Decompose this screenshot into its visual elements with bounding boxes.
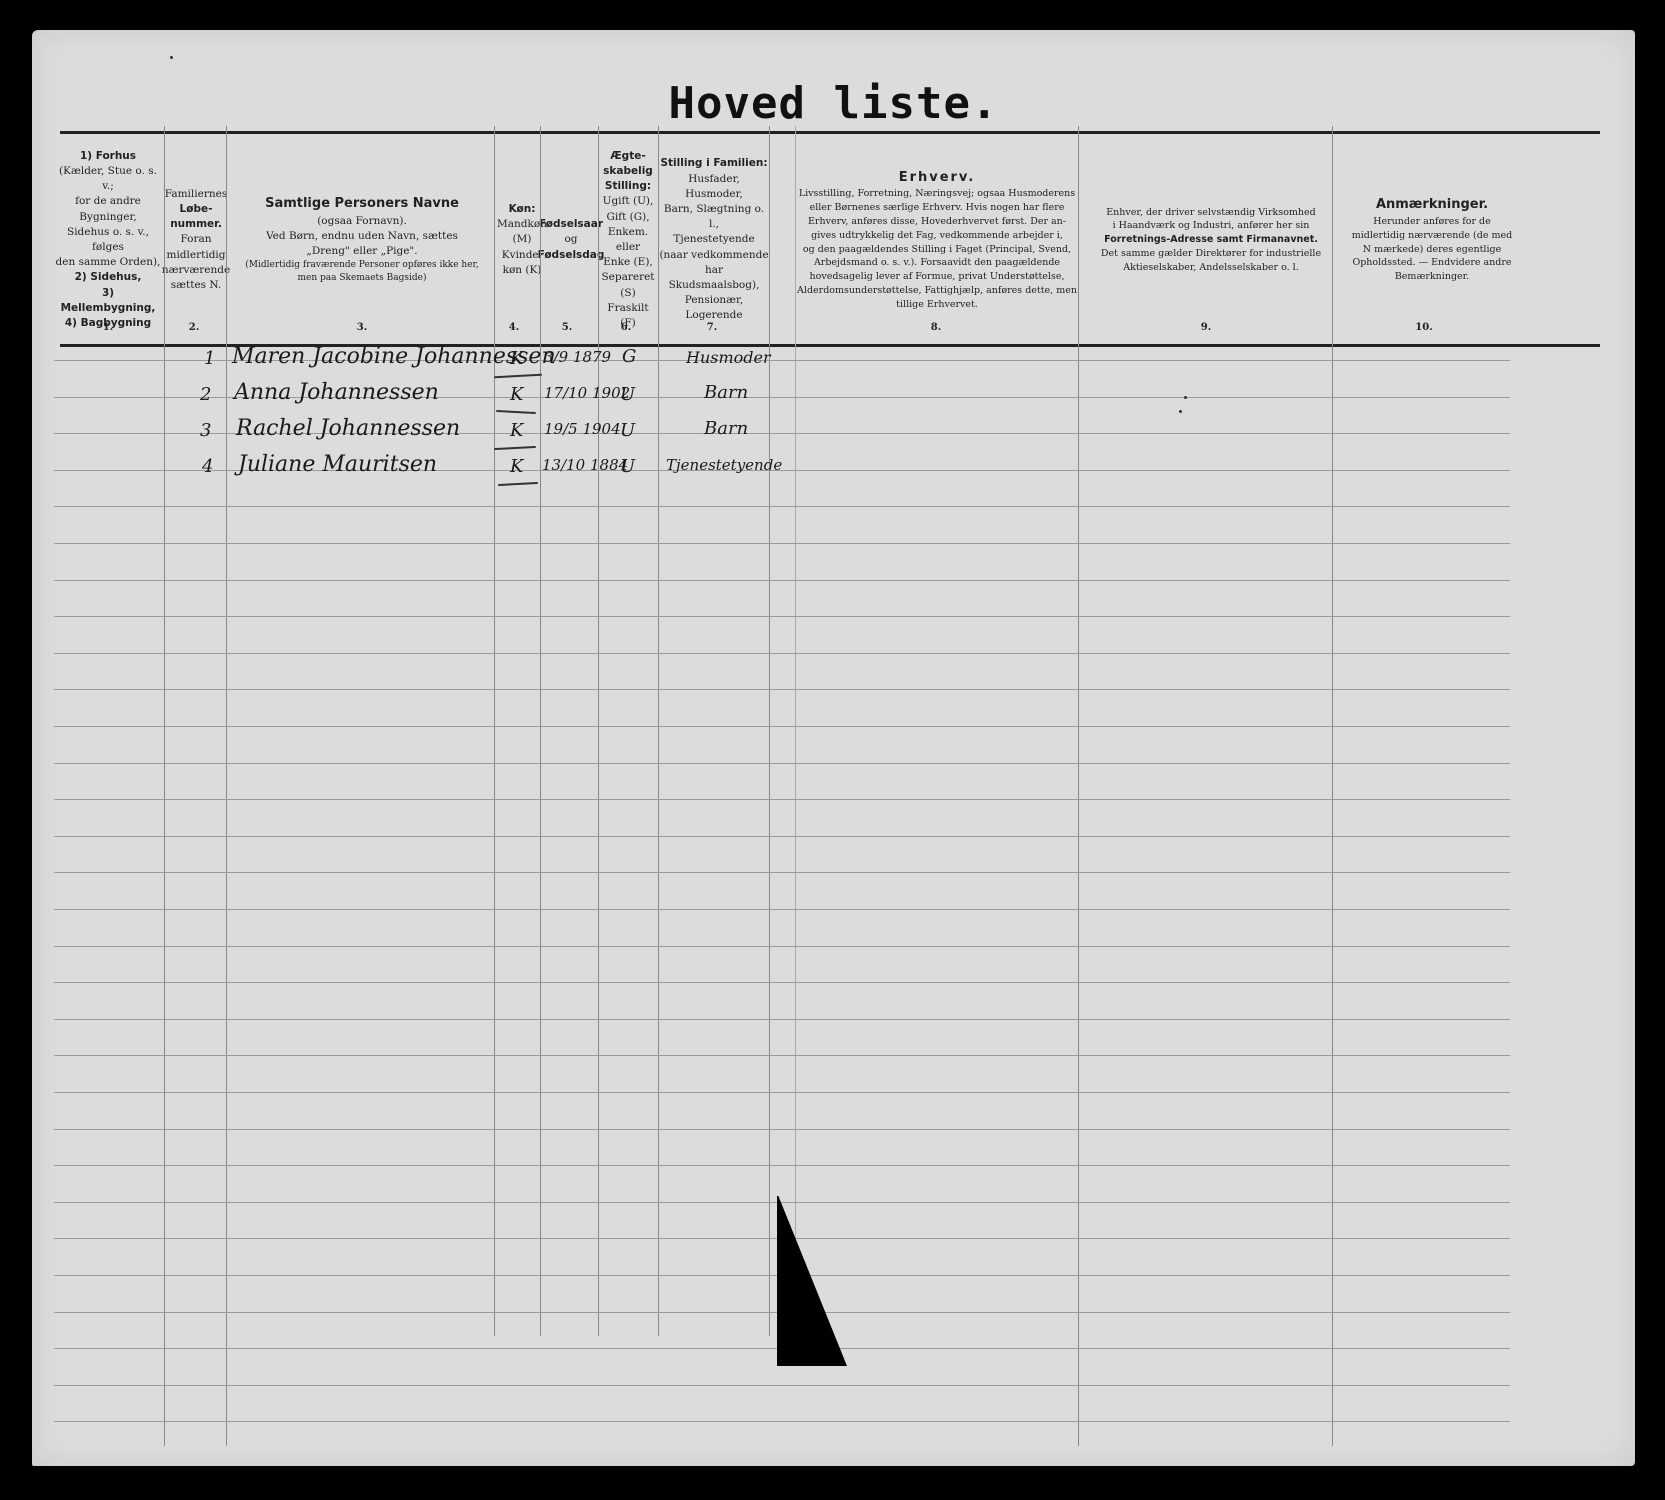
row-rule — [54, 543, 1510, 544]
person-name: Rachel Johannessen — [236, 416, 460, 441]
row-number: 2 — [200, 384, 211, 405]
title-rule — [60, 131, 1600, 134]
col-number: 5. — [562, 322, 572, 333]
col-number: 7. — [707, 322, 717, 333]
col-header-business-address: Enhver, der driver selvstændig Virksomhe… — [1080, 140, 1342, 340]
header-line: i Haandværk og Industri, anfører her sin — [1113, 219, 1310, 233]
row-rule — [54, 1165, 1510, 1166]
person-sex: K — [510, 384, 523, 405]
family-separator-stroke — [494, 446, 536, 450]
row-rule — [54, 1092, 1510, 1093]
column-divider — [1332, 126, 1333, 1446]
header-line: og — [564, 232, 577, 247]
person-birth: 13/10 1884 — [542, 456, 628, 474]
header-line: Ægte- — [610, 149, 645, 164]
header-line: Erhverv, anføres disse, Hovederhvervet f… — [808, 215, 1066, 229]
row-number: 3 — [200, 420, 211, 441]
column-divider — [540, 126, 541, 1336]
row-number: 4 — [202, 456, 213, 477]
header-line: Arbejdsmand o. s. v.). Forsaavidt den pa… — [814, 256, 1060, 270]
header-line: „Dreng" eller „Pige". — [306, 244, 417, 259]
row-rule — [54, 506, 1510, 507]
header-line: Stilling i Familien: — [660, 156, 767, 171]
ink-speck — [1184, 396, 1187, 399]
paper-speck — [170, 56, 173, 59]
header-line: køn (K) — [503, 263, 542, 278]
person-sex: K — [510, 456, 523, 477]
person-family-position: Husmoder — [686, 348, 771, 367]
page-fold — [795, 126, 796, 1336]
header-line: skabelig — [603, 164, 653, 179]
ink-speck — [1179, 410, 1182, 413]
row-rule — [54, 726, 1510, 727]
header-line: sættes N. — [171, 278, 222, 293]
row-rule — [54, 653, 1510, 654]
header-line: har Skudsmaalsbog), — [658, 263, 770, 293]
torn-paper-area — [777, 1196, 847, 1366]
header-line: Opholdssted. — Endvidere andre — [1352, 256, 1511, 270]
header-line: Fødselsaar — [539, 217, 603, 232]
column-divider — [226, 126, 227, 1446]
header-line: Forretnings-Adresse samt Firmanavnet. — [1104, 233, 1318, 247]
header-line: (Midlertidig fraværende Personer opføres… — [245, 259, 478, 272]
header-line: Erhverv. — [899, 169, 976, 188]
header-line: Ved Børn, endnu uden Navn, sættes — [266, 229, 458, 244]
header-line: hovedsagelig lever af Formue, privat Und… — [810, 270, 1065, 284]
header-line: Det samme gælder Direktører for industri… — [1101, 247, 1321, 261]
header-line: Tjenestetyende — [673, 232, 754, 247]
person-civil-status: U — [620, 456, 635, 477]
column-divider — [658, 126, 659, 1336]
census-form-page: Hoved liste. 1) Forhus (Kælder, Stue o. … — [32, 30, 1635, 1466]
header-line: Kvinde- — [502, 248, 542, 263]
person-birth: 17/10 1902 — [544, 384, 630, 402]
header-line: Familiernes — [165, 187, 227, 202]
header-line: Ugift (U), — [603, 194, 654, 209]
col-header-birth: Fødselsaar og Fødselsdag — [542, 140, 600, 340]
header-line: tillige Erhvervet. — [896, 298, 978, 312]
person-name: Juliane Mauritsen — [238, 452, 437, 477]
column-divider — [769, 126, 770, 1336]
header-line: men paa Skemaets Bagside) — [298, 272, 427, 285]
person-civil-status: U — [620, 420, 635, 441]
column-divider — [164, 126, 165, 1446]
header-line: nærværende — [162, 263, 230, 278]
header-line: Pensionær, Logerende — [658, 293, 770, 323]
column-divider — [494, 126, 495, 1336]
header-line: Alderdomsunderstøttelse, Fattighjælp, an… — [797, 284, 1077, 298]
header-line: Løbe- — [180, 202, 213, 217]
header-line: Enke (E), — [603, 255, 653, 270]
header-line: Sidehus o. s. v., følges — [54, 225, 162, 255]
header-line: 1) Forhus — [80, 149, 136, 164]
col-number: 6. — [621, 322, 631, 333]
row-rule — [54, 872, 1510, 873]
col-number: 3. — [357, 322, 367, 333]
person-family-position: Tjenestetyende — [666, 456, 782, 474]
header-line: Separeret — [601, 270, 654, 285]
header-line: N mærkede) deres egentlige — [1363, 243, 1501, 257]
row-number: 1 — [204, 348, 215, 369]
header-line: (Kælder, Stue o. s. v.; — [54, 164, 162, 194]
header-line: Gift (G), — [606, 210, 649, 225]
col-header-family-position: Stilling i Familien: Husfader, Husmoder,… — [658, 140, 770, 340]
header-line: (naar vedkommende — [659, 248, 768, 263]
header-line: for de andre Bygninger, — [54, 194, 162, 224]
header-line: Bemærkninger. — [1395, 270, 1469, 284]
header-line: Enhver, der driver selvstændig Virksomhe… — [1106, 206, 1316, 220]
header-line: Samtlige Personers Navne — [265, 195, 459, 214]
row-rule — [54, 689, 1510, 690]
header-line: nummer. — [170, 217, 222, 232]
person-sex: K — [510, 348, 523, 369]
header-line: Køn: — [509, 202, 536, 217]
header-line: eller Børnenes særlige Erhverv. Hvis nog… — [810, 201, 1065, 215]
family-separator-stroke — [498, 482, 538, 486]
col-number: 10. — [1415, 322, 1432, 333]
row-rule — [54, 616, 1510, 617]
person-civil-status: U — [620, 384, 635, 405]
row-rule — [54, 946, 1510, 947]
header-line: Herunder anføres for de — [1373, 215, 1491, 229]
row-rule — [54, 1055, 1510, 1056]
col-header-sex: Køn: Mandkøn (M) Kvinde- køn (K) — [498, 140, 546, 340]
col-number: 8. — [931, 322, 941, 333]
form-title: Hoved liste. — [32, 78, 1635, 129]
col-number: 4. — [509, 322, 519, 333]
col-header-civil-status: Ægte- skabelig Stilling: Ugift (U), Gift… — [598, 140, 658, 340]
header-line: 2) Sidehus, — [75, 270, 142, 285]
header-line: Enkem. eller — [598, 225, 658, 255]
row-rule — [54, 799, 1510, 800]
person-family-position: Barn — [704, 418, 748, 439]
person-sex: K — [510, 420, 523, 441]
header-line: Stilling: — [605, 179, 651, 194]
header-line: Fødselsdag — [538, 248, 605, 263]
col-header-names: Samtlige Personers Navne (ogsaa Fornavn)… — [228, 140, 496, 340]
header-line: 3) Mellembygning, — [54, 286, 162, 316]
row-rule — [54, 1385, 1510, 1386]
header-line: den samme Orden), — [56, 255, 161, 270]
header-line: Husfader, Husmoder, — [658, 172, 770, 202]
header-line: Anmærkninger. — [1376, 196, 1488, 215]
family-separator-stroke — [494, 374, 542, 379]
row-rule — [54, 909, 1510, 910]
row-rule — [54, 982, 1510, 983]
col-number: 1. — [103, 322, 113, 333]
header-line: og den paagældendes Stilling i Faget (Pr… — [803, 243, 1071, 257]
row-rule — [54, 763, 1510, 764]
row-rule — [54, 1019, 1510, 1020]
header-line: Aktieselskaber, Andelsselskaber o. l. — [1123, 261, 1299, 275]
family-separator-stroke — [496, 410, 536, 414]
col-header-building: 1) Forhus (Kælder, Stue o. s. v.; for de… — [54, 140, 162, 340]
col-header-occupation: Erhverv. Livsstilling, Forretning, Nærin… — [792, 140, 1082, 340]
col-header-family-number: Familiernes Løbe- nummer. Foran midlerti… — [166, 140, 226, 340]
row-rule — [54, 1202, 1510, 1203]
column-divider — [1078, 126, 1079, 1446]
person-birth: 3/9 1879 — [544, 348, 611, 366]
header-line: midlertidig nærværende (de med — [1352, 229, 1512, 243]
header-line: Barn, Slægtning o. l., — [658, 202, 770, 232]
row-rule — [54, 1421, 1510, 1422]
col-number: 9. — [1201, 322, 1211, 333]
person-name: Maren Jacobine Johannessen — [232, 344, 556, 369]
header-line: Livsstilling, Forretning, Næringsvej; og… — [799, 187, 1075, 201]
header-line: gives udtrykkelig det Fag, vedkommende a… — [811, 229, 1063, 243]
col-number: 2. — [189, 322, 199, 333]
col-header-remarks: Anmærkninger. Herunder anføres for de mi… — [1342, 140, 1522, 340]
row-rule — [54, 580, 1510, 581]
person-family-position: Barn — [704, 382, 748, 403]
header-line: (S) — [620, 286, 635, 301]
row-rule — [54, 836, 1510, 837]
header-line: midlertidig — [166, 248, 225, 263]
person-birth: 19/5 1904 — [544, 420, 621, 438]
header-line: Foran — [180, 232, 211, 247]
header-line: (ogsaa Fornavn). — [317, 214, 407, 229]
row-rule — [54, 1129, 1510, 1130]
person-name: Anna Johannessen — [234, 380, 439, 405]
column-divider — [598, 126, 599, 1336]
person-civil-status: G — [622, 346, 636, 367]
header-line: (M) — [513, 232, 532, 247]
